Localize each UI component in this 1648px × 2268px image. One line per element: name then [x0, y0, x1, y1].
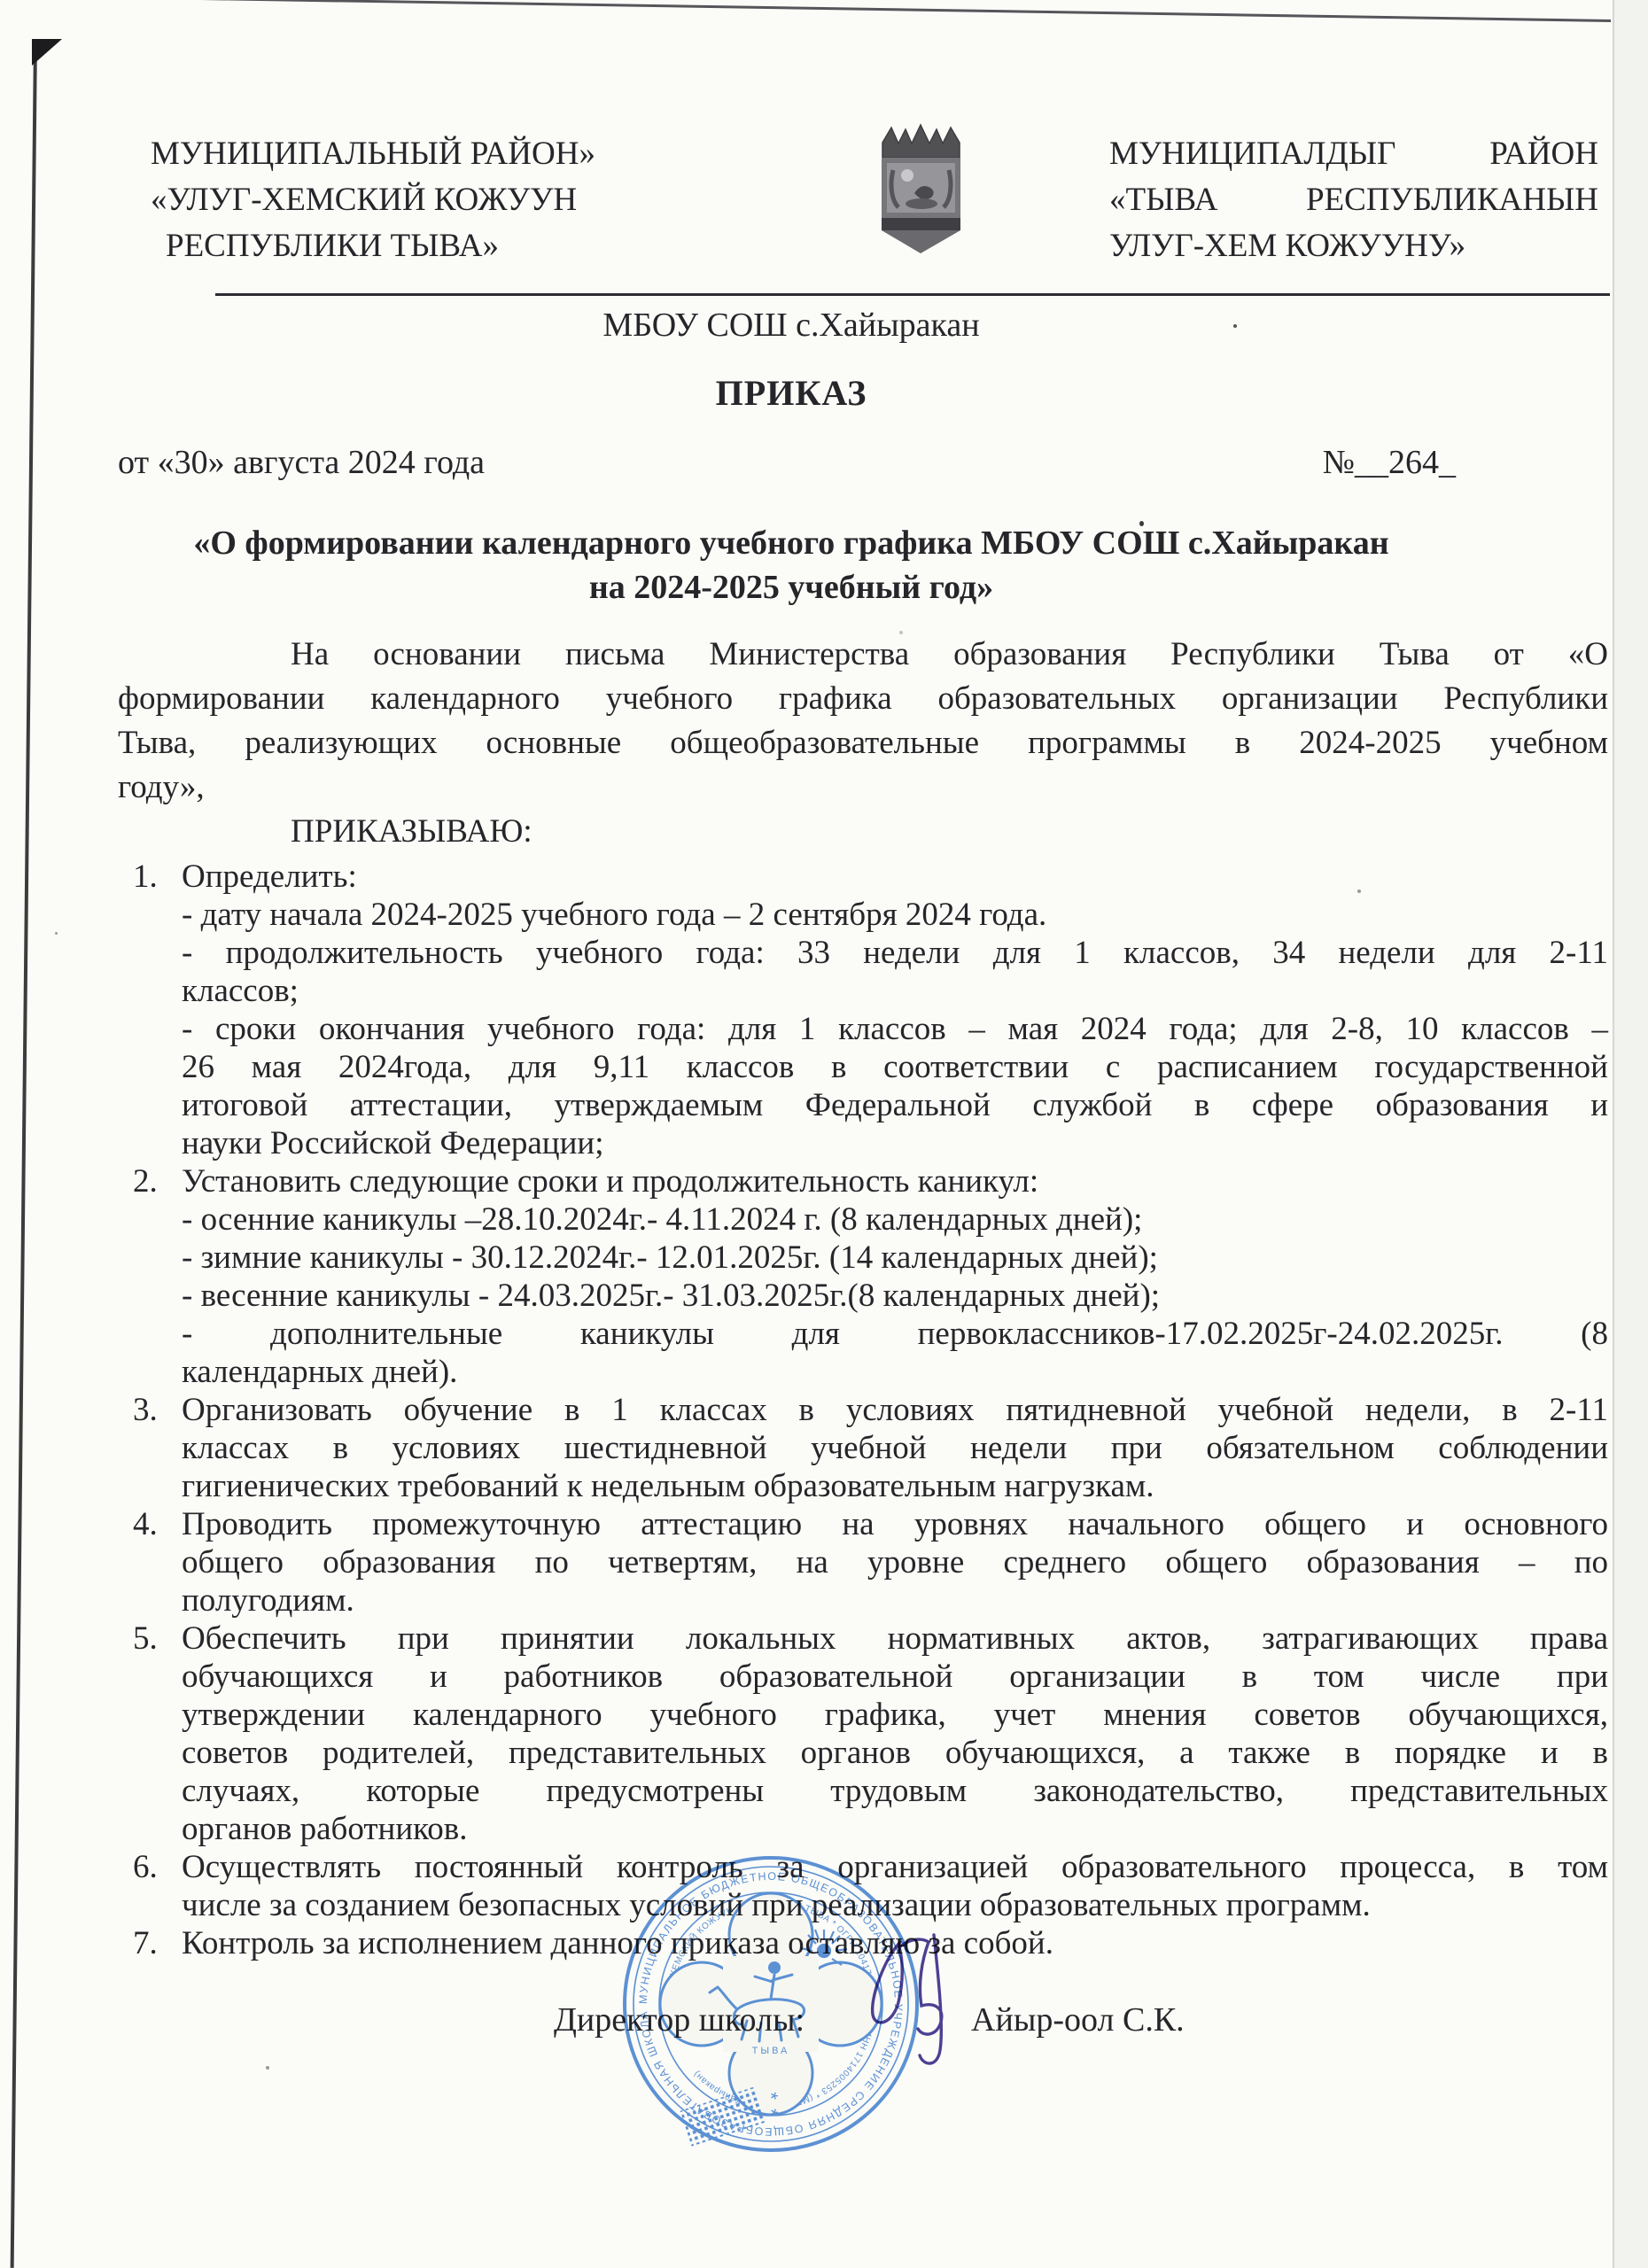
resolve-word: ПРИКАЗЫВАЮ: — [291, 810, 1608, 854]
header-left-line: «УЛУГ-ХЕМСКИЙ КОЖУУН — [151, 177, 514, 223]
body-line: случаях, которые предусмотрены трудовым … — [182, 1772, 1608, 1810]
item-head: 3. Организовать обучение в 1 классах в у… — [118, 1391, 1608, 1429]
header-right-line: «ТЫВА РЕСПУБЛИКАНЫН — [1109, 177, 1598, 223]
body-line: 26 мая 2024года, для 9,11 классов в соот… — [182, 1048, 1608, 1086]
order-items-list: 1. Определить: - дату начала 2024-2025 у… — [118, 858, 1608, 1962]
body-line: - сроки окончания учебного года: для 1 к… — [182, 1010, 1608, 1048]
body-line: - осенние каникулы –28.10.2024г.- 4.11.2… — [182, 1200, 1608, 1239]
order-title: «О формировании календарного учебного гр… — [118, 521, 1465, 610]
item-number: 4. — [133, 1505, 158, 1543]
item-head-text: Установить следующие сроки и продолжител… — [182, 1163, 1038, 1200]
preamble-line: На основании письма Министерства образов… — [118, 633, 1608, 677]
header-right-line: УЛУГ-ХЕМ КОЖУУНУ» — [1109, 223, 1598, 269]
order-title-line: на 2024-2025 учебный год» — [118, 565, 1465, 610]
item-number: 6. — [133, 1848, 158, 1886]
body-line: гигиенических требований к недельным обр… — [182, 1467, 1608, 1505]
item-head-text: Определить: — [182, 858, 357, 895]
school-name-line: МБОУ СОШ с.Хайыракан — [118, 305, 1465, 346]
item-head: 1. Определить: — [118, 858, 1608, 896]
body-line: - зимние каникулы - 30.12.2024г.- 12.01.… — [182, 1239, 1608, 1277]
body-line: науки Российской Федерации; — [182, 1124, 1608, 1162]
scan-edge-top — [35, 0, 1611, 22]
item-continuation: общего образования по четвертям, на уров… — [118, 1543, 1608, 1619]
preamble-line: году», — [118, 765, 1608, 810]
item-head-text: Обеспечить при принятии локальных нормат… — [182, 1620, 1608, 1657]
header-left-line: РЕСПУБЛИКИ ТЫВА» — [151, 223, 514, 269]
item-continuation: классах в условиях шестидневной учебной … — [118, 1429, 1608, 1505]
scan-corner-artifact — [32, 39, 62, 66]
item-subparagraph: - продолжительность учебного года: 33 не… — [118, 934, 1608, 1010]
header-org-name-tuvan: МУНИЦИПАЛДЫГ РАЙОН «ТЫВА РЕСПУБЛИКАНЫН У… — [1109, 131, 1598, 269]
header-org-name-russian: МУНИЦИПАЛЬНЫЙ РАЙОН» «УЛУГ-ХЕМСКИЙ КОЖУУ… — [151, 131, 514, 269]
document-type-heading: ПРИКАЗ — [118, 372, 1465, 415]
date-number-row: от «30» августа 2024 года №__264_ — [118, 441, 1608, 484]
scanned-order-document: МУНИЦИПАЛЬНЫЙ РАЙОН» «УЛУГ-ХЕМСКИЙ КОЖУУ… — [0, 0, 1648, 2268]
item-number: 1. — [133, 858, 158, 896]
header-divider-line — [215, 293, 1610, 296]
item-number: 5. — [133, 1619, 158, 1658]
item-head: 5. Обеспечить при принятии локальных нор… — [118, 1619, 1608, 1658]
order-item-1: 1. Определить: - дату начала 2024-2025 у… — [118, 858, 1608, 1162]
header-right-word: РЕСПУБЛИКАНЫН — [1306, 177, 1598, 223]
body-line: календарных дней). — [182, 1353, 1608, 1391]
preamble-line: формировании календарного учебного графи… — [118, 677, 1608, 721]
document-body: МБОУ СОШ с.Хайыракан ПРИКАЗ от «30» авгу… — [118, 305, 1608, 2042]
body-line: - весенние каникулы - 24.03.2025г.- 31.0… — [182, 1277, 1608, 1315]
handwritten-signature — [849, 1922, 966, 2100]
scan-speck — [266, 2066, 269, 2070]
signatory-name: Айыр-оол С.К. — [971, 1998, 1185, 2042]
header-right-word: МУНИЦИПАЛДЫГ — [1109, 131, 1395, 177]
order-item-4: 4. Проводить промежуточную аттестацию на… — [118, 1505, 1608, 1619]
body-line: итоговой аттестации, утверждаемым Федера… — [182, 1086, 1608, 1124]
document-date: от «30» августа 2024 года — [118, 441, 485, 484]
body-line: классов; — [182, 972, 1608, 1010]
header-right-word: УЛУГ-ХЕМ КОЖУУНУ» — [1109, 223, 1465, 269]
preamble: На основании письма Министерства образов… — [118, 633, 1608, 854]
item-head-text: Проводить промежуточную аттестацию на ур… — [182, 1506, 1608, 1542]
item-number: 2. — [133, 1162, 158, 1200]
item-subparagraph: - дату начала 2024-2025 учебного года – … — [118, 896, 1608, 934]
item-number: 3. — [133, 1391, 158, 1429]
body-line: советов родителей, представительных орга… — [182, 1734, 1608, 1772]
stamp-center-label: ТЫВА — [752, 2046, 790, 2056]
body-line: - дату начала 2024-2025 учебного года – … — [182, 896, 1608, 934]
item-number: 7. — [133, 1924, 158, 1962]
item-subparagraph: - зимние каникулы - 30.12.2024г.- 12.01.… — [118, 1239, 1608, 1277]
order-item-5: 5. Обеспечить при принятии локальных нор… — [118, 1619, 1608, 1848]
scan-speck — [55, 932, 58, 935]
item-subparagraph: - сроки окончания учебного года: для 1 к… — [118, 1010, 1608, 1162]
item-subparagraph: - весенние каникулы - 24.03.2025г.- 31.0… — [118, 1277, 1608, 1315]
item-continuation: обучающихся и работников образовательной… — [118, 1658, 1608, 1848]
scan-edge-left — [11, 39, 37, 2268]
body-line: обучающихся и работников образовательной… — [182, 1658, 1608, 1696]
body-line: - продолжительность учебного года: 33 не… — [182, 934, 1608, 972]
item-subparagraph: - дополнительные каникулы для первокласс… — [118, 1315, 1608, 1391]
header-right-word: «ТЫВА — [1109, 177, 1217, 223]
item-head-text: Организовать обучение в 1 классах в усло… — [182, 1392, 1608, 1428]
body-line: общего образования по четвертям, на уров… — [182, 1543, 1608, 1581]
item-head: 2. Установить следующие сроки и продолжи… — [118, 1162, 1608, 1200]
item-subparagraph: - осенние каникулы –28.10.2024г.- 4.11.2… — [118, 1200, 1608, 1239]
body-line: утверждении календарного учебного график… — [182, 1696, 1608, 1734]
order-item-2: 2. Установить следующие сроки и продолжи… — [118, 1162, 1608, 1391]
header-right-line: МУНИЦИПАЛДЫГ РАЙОН — [1109, 131, 1598, 177]
body-line: полугодиям. — [182, 1581, 1608, 1619]
document-number: №__264_ — [1323, 441, 1456, 484]
item-head: 4. Проводить промежуточную аттестацию на… — [118, 1505, 1608, 1543]
header-right-word: РАЙОН — [1489, 131, 1598, 177]
body-line: - дополнительные каникулы для первокласс… — [182, 1315, 1608, 1353]
order-title-line: «О формировании календарного учебного гр… — [118, 521, 1465, 565]
coat-of-arms-icon — [868, 119, 973, 259]
preamble-line: Тыва, реализующих основные общеобразоват… — [118, 721, 1608, 765]
paper-right-edge — [1613, 0, 1648, 2268]
header-left-line: МУНИЦИПАЛЬНЫЙ РАЙОН» — [151, 131, 514, 177]
body-line: классах в условиях шестидневной учебной … — [182, 1429, 1608, 1467]
coat-of-arms-emblem — [868, 119, 973, 263]
order-item-3: 3. Организовать обучение в 1 классах в у… — [118, 1391, 1608, 1505]
